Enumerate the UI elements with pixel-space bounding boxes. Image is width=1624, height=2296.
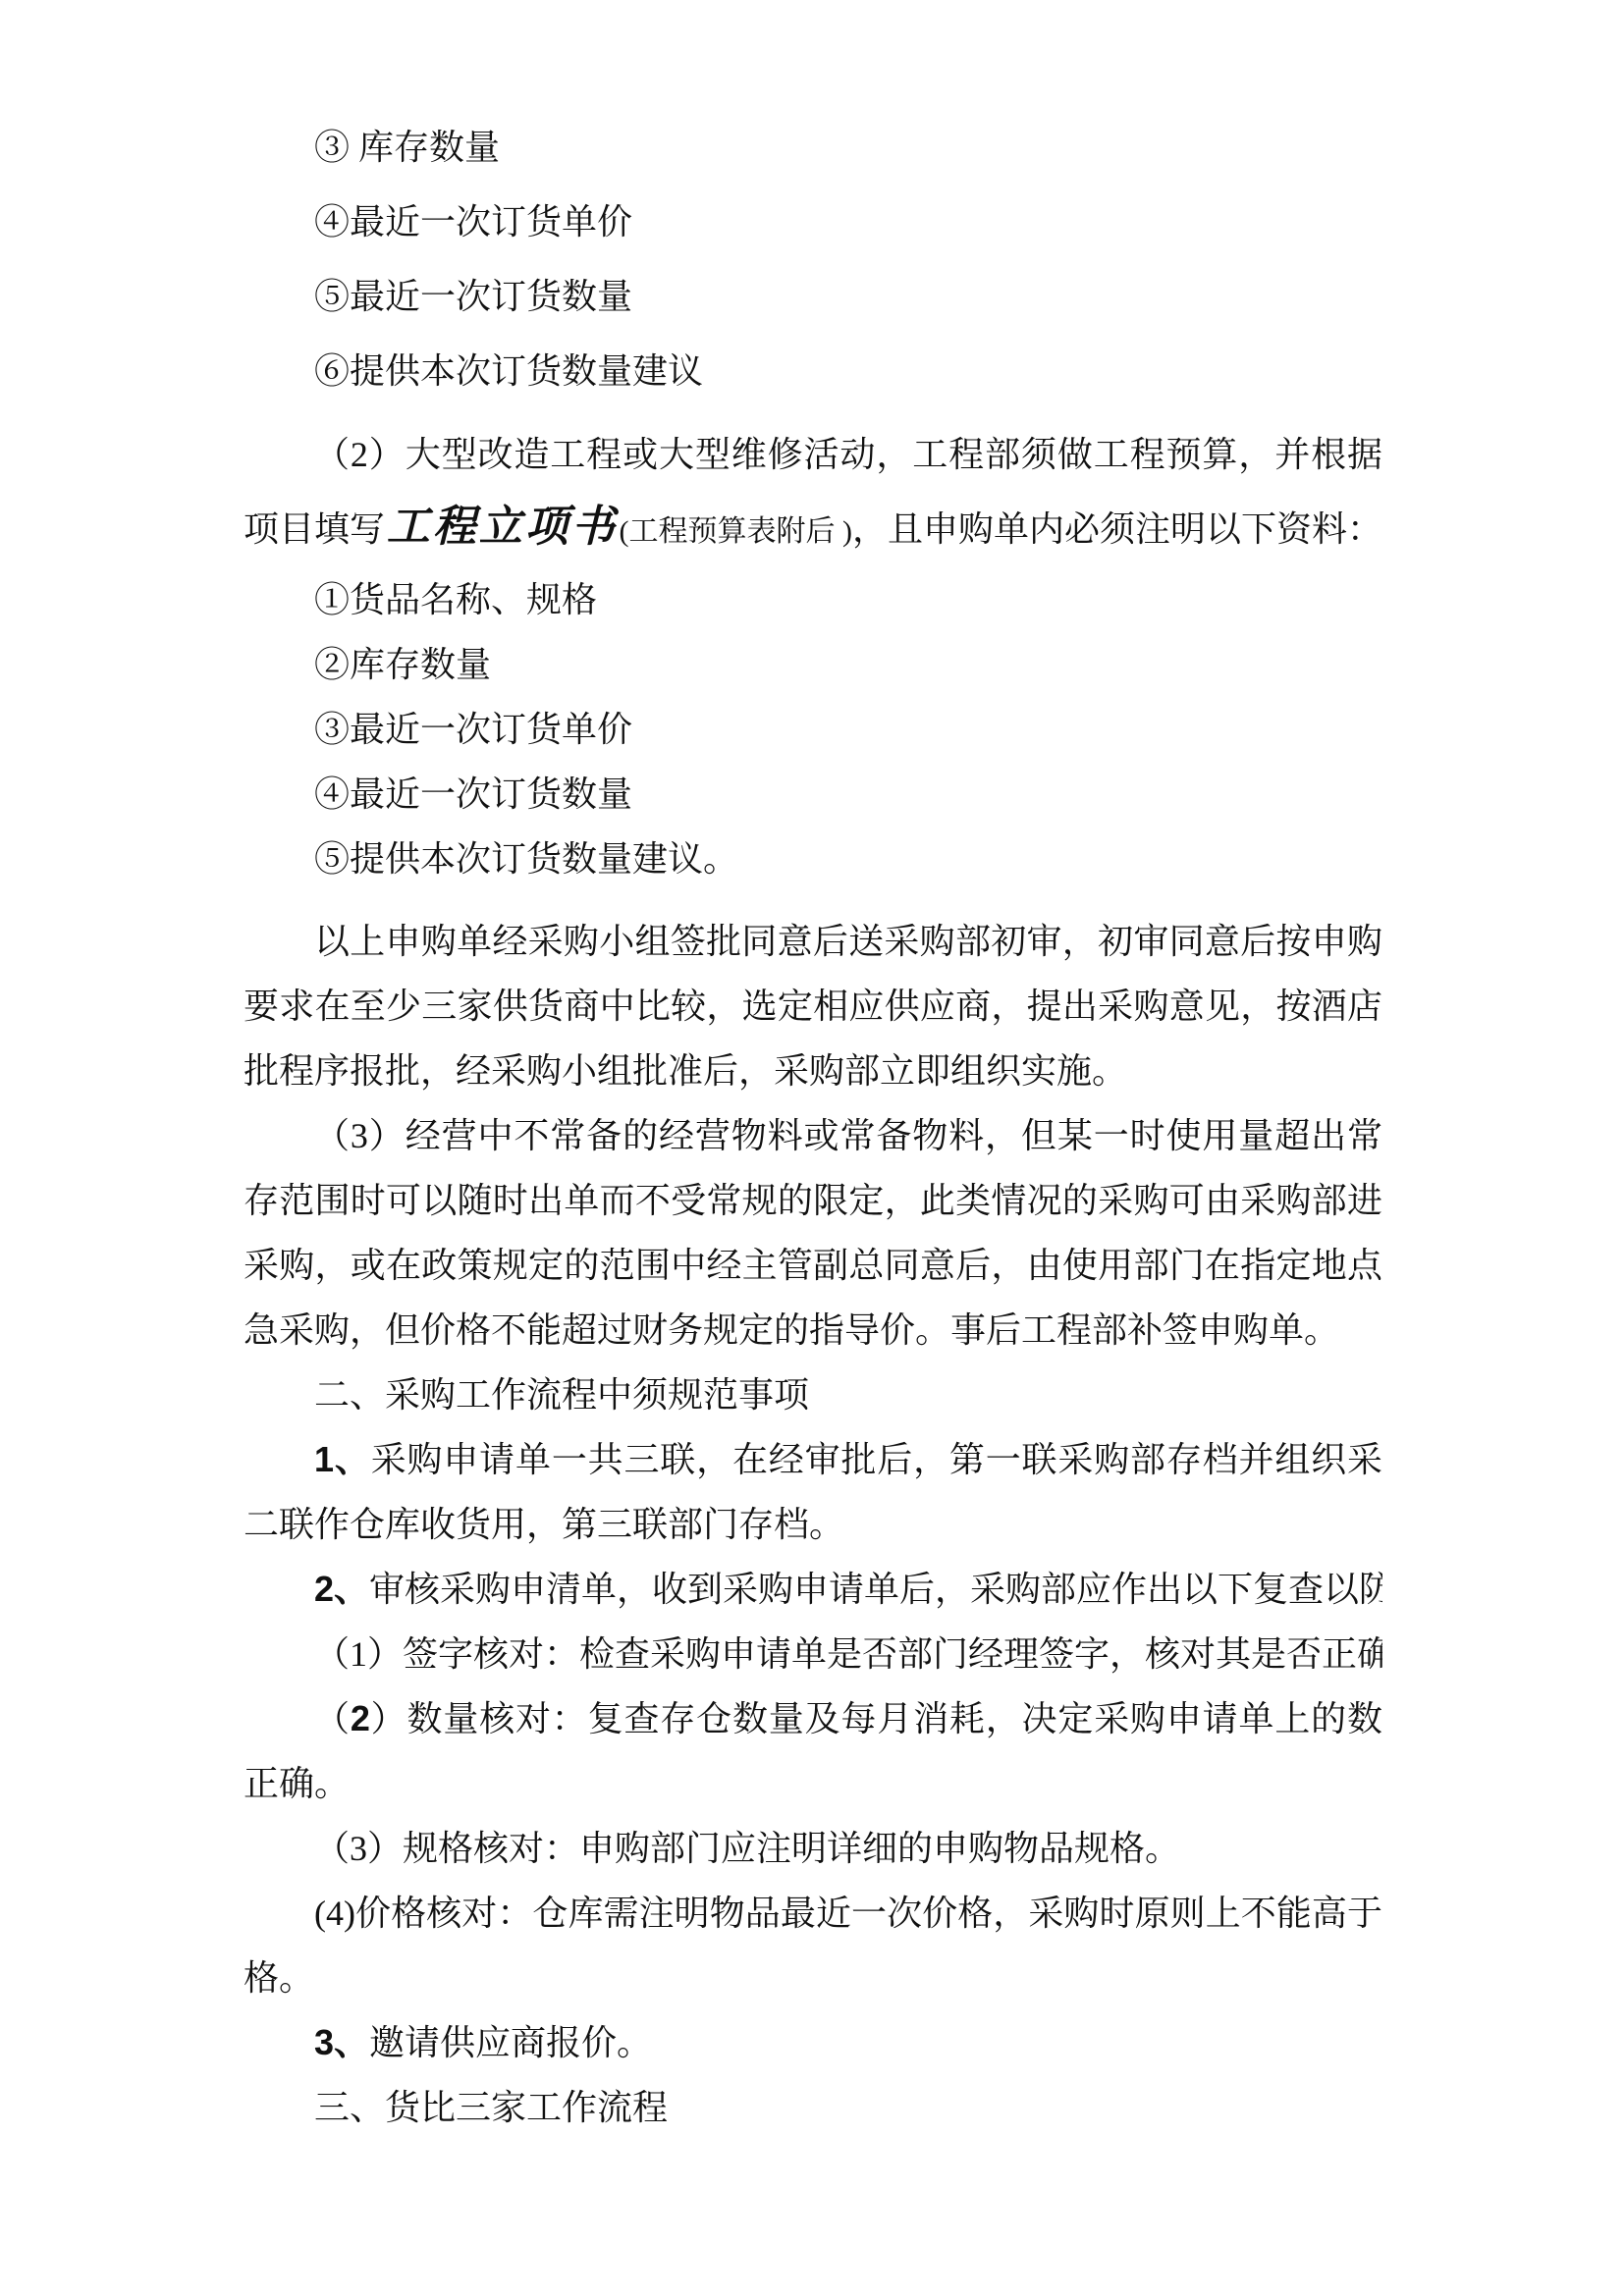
text-segment: 批程序报批，经采购小组批准后，采购部立即组织实施。	[244, 1051, 1127, 1091]
text-line: ③最近一次订货单价	[244, 697, 1382, 762]
text-line: 二、采购工作流程中须规范事项	[244, 1362, 1382, 1427]
text-segment: 要求在至少三家供货商中比较，选定相应供应商，提出采购意见，按酒店采购审	[244, 987, 1382, 1039]
text-line: 要求在至少三家供货商中比较，选定相应供应商，提出采购意见，按酒店采购审	[244, 974, 1382, 1039]
text-segment: 邀请供应商报价。	[369, 2023, 652, 2062]
text-line: ③ 库存数量	[244, 110, 1382, 185]
text-line: ⑤提供本次订货数量建议。	[244, 827, 1382, 891]
text-segment: （3）规格核对：申购部门应注明详细的申购物品规格。	[314, 1829, 1180, 1868]
text-line: ②库存数量	[244, 632, 1382, 697]
text-line: 三、货比三家工作流程	[244, 2075, 1382, 2140]
text-segment: ③最近一次订货单价	[314, 710, 632, 749]
text-line: ④最近一次订货数量	[244, 762, 1382, 827]
text-line: 格。	[244, 1946, 1382, 2010]
text-segment: 采购申请单一共三联，在经审批后，第一联采购部存档并组织采购，第	[244, 1440, 1382, 1492]
text-segment: 以上申购单经采购小组签批同意后送采购部初审，初审同意后按申购单内容	[244, 922, 1382, 974]
text-line: ⑤最近一次订货数量	[244, 259, 1382, 334]
text-segment: 项目填写	[244, 509, 385, 549]
text-segment: ⑥提供本次订货数量建议	[314, 351, 703, 391]
text-segment-group: (工程预算表附后 )，且申购单内必须注明以下资料：	[619, 489, 1382, 567]
text-line: （3）规格核对：申购部门应注明详细的申购物品规格。	[244, 1816, 1382, 1881]
text-segment: 采购，或在政策规定的范围中经主管副总同意后，由使用部门在指定地点进行紧	[244, 1246, 1382, 1298]
text-line: 二联作仓库收货用，第三联部门存档。	[244, 1492, 1382, 1557]
text-line: （3）经营中不常备的经营物料或常备物料，但某一时使用量超出常规的库	[244, 1103, 1382, 1168]
text-line: 2、审核采购申清单，收到采购申请单后，采购部应作出以下复查以防错漏：	[244, 1557, 1382, 1622]
text-line: 批程序报批，经采购小组批准后，采购部立即组织实施。	[244, 1039, 1382, 1103]
text-line: 以上申购单经采购小组签批同意后送采购部初审，初审同意后按申购单内容	[244, 909, 1382, 974]
text-segment: (工程预算表附后 )	[619, 515, 851, 548]
text-line: 急采购，但价格不能超过财务规定的指导价。事后工程部补签申购单。	[244, 1298, 1382, 1362]
text-line: 存范围时可以随时出单而不受常规的限定，此类情况的采购可由采购部进行优先	[244, 1168, 1382, 1233]
text-segment: 二联作仓库收货用，第三联部门存档。	[244, 1505, 844, 1544]
text-segment: 格。	[244, 1958, 314, 1998]
text-line: ①货品名称、规格	[244, 567, 1382, 632]
text-line: 项目填写工程立项书(工程预算表附后 )，且申购单内必须注明以下资料：	[244, 487, 1382, 567]
text-segment: （2）大型改造工程或大型维修活动，工程部须做工程预算，并根据预算表	[244, 435, 1382, 487]
text-segment: ⑤提供本次订货数量建议。	[314, 839, 738, 879]
document-page: ③ 库存数量④最近一次订货单价⑤最近一次订货数量⑥提供本次订货数量建议（2）大型…	[0, 0, 1624, 2296]
text-segment: (4)价格核对：仓库需注明物品最近一次价格，采购时原则上不能高于此价	[244, 1894, 1382, 1946]
text-segment: 2、	[314, 1569, 369, 1609]
text-segment: 二、采购工作流程中须规范事项	[314, 1375, 809, 1415]
text-segment: ③ 库存数量	[314, 128, 500, 167]
text-segment: （	[314, 1699, 351, 1738]
text-segment: 2	[351, 1698, 370, 1738]
text-segment: ②库存数量	[314, 645, 491, 684]
text-line: ⑥提供本次订货数量建议	[244, 334, 1382, 408]
text-line: 采购，或在政策规定的范围中经主管副总同意后，由使用部门在指定地点进行紧	[244, 1233, 1382, 1298]
text-segment: 审核采购申清单，收到采购申请单后，采购部应作出以下复查以防错漏：	[369, 1570, 1382, 1609]
text-line: （2）大型改造工程或大型维修活动，工程部须做工程预算，并根据预算表	[244, 422, 1382, 487]
text-segment-group: 工程立项书	[387, 487, 618, 567]
text-segment: 3、	[314, 2022, 369, 2062]
project-proposal-title: 工程立项书	[387, 503, 618, 551]
text-line: （2）数量核对：复查存仓数量及每月消耗，决定采购申请单上的数量是否	[244, 1686, 1382, 1751]
text-segment: （3）经营中不常备的经营物料或常备物料，但某一时使用量超出常规的库	[244, 1116, 1382, 1168]
text-segment: 正确。	[244, 1764, 350, 1803]
text-line: 正确。	[244, 1751, 1382, 1816]
text-line: ④最近一次订货单价	[244, 185, 1382, 259]
text-segment: 存范围时可以随时出单而不受常规的限定，此类情况的采购可由采购部进行优先	[244, 1181, 1382, 1233]
text-segment: ④最近一次订货数量	[314, 774, 632, 814]
text-segment: ，且申购单内必须注明以下资料：	[852, 509, 1382, 549]
text-segment: 三、货比三家工作流程	[314, 2088, 668, 2127]
text-segment: （1）签字核对：检查采购申请单是否部门经理签字，核对其是否正确。	[314, 1634, 1382, 1674]
text-segment: ①货品名称、规格	[314, 580, 597, 619]
text-line: 1、采购申请单一共三联，在经审批后，第一联采购部存档并组织采购，第	[244, 1427, 1382, 1492]
text-segment: 急采购，但价格不能超过财务规定的指导价。事后工程部补签申购单。	[244, 1310, 1339, 1350]
text-segment: ④最近一次订货单价	[314, 202, 632, 241]
text-segment: 1、	[314, 1439, 371, 1479]
document-body: ③ 库存数量④最近一次订货单价⑤最近一次订货数量⑥提供本次订货数量建议（2）大型…	[244, 110, 1382, 2140]
text-segment-group: 项目填写	[244, 489, 385, 567]
text-segment: ）数量核对：复查存仓数量及每月消耗，决定采购申请单上的数量是否	[244, 1699, 1382, 1751]
text-line: 3、邀请供应商报价。	[244, 2010, 1382, 2075]
text-segment: ⑤最近一次订货数量	[314, 277, 632, 316]
text-line: （1）签字核对：检查采购申请单是否部门经理签字，核对其是否正确。	[244, 1622, 1382, 1686]
text-line: (4)价格核对：仓库需注明物品最近一次价格，采购时原则上不能高于此价	[244, 1881, 1382, 1946]
